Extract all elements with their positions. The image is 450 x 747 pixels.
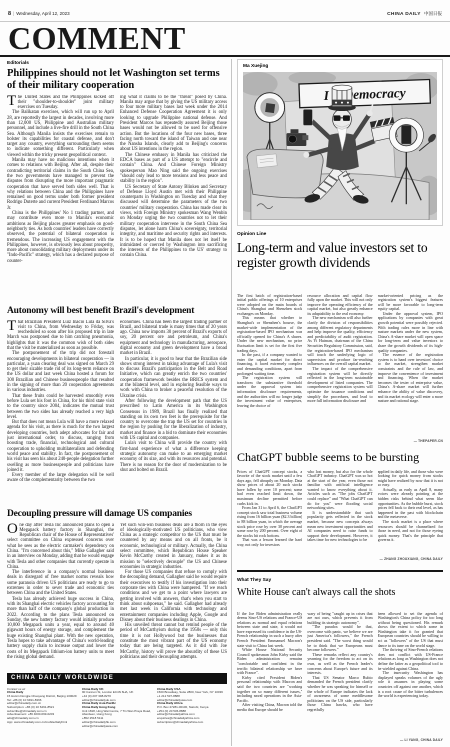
paragraph: For those US companies that refuse to co…: [120, 570, 227, 623]
paragraph: If the Joe Biden administration really d…: [237, 612, 302, 649]
paragraph: After following the development path tha…: [120, 399, 227, 441]
article-byline: — LI YANG, CHINA DAILY: [378, 737, 443, 743]
editorial-article-brazil: Autonomy will best benefit Brazil's deve…: [7, 305, 227, 502]
what-they-say-body: If the Joe Biden administration really d…: [237, 612, 443, 743]
paragraph: The new mechanism will also further clar…: [307, 316, 372, 367]
contact-column-beijing: Contact us at:China Daily15 Huixin Dongj…: [7, 688, 77, 746]
sunglasses: [343, 115, 350, 120]
body-column: Prices of ChatGPT concept stocks, a favo…: [237, 470, 302, 562]
smartphone-in-ring: [401, 125, 411, 144]
paragraph: Lula's visit to China will provide the c…: [120, 441, 227, 473]
body-column: Yet such win-win business deals are a th…: [120, 523, 227, 665]
paragraph: White House National Security Council sp…: [237, 648, 302, 676]
body-column: market-oriented pricing as the registrat…: [378, 294, 443, 444]
paragraph: been allowed to set the agenda of Washin…: [378, 612, 443, 649]
editorials-kicker: Editorials: [7, 61, 227, 66]
drop-cap: T: [7, 320, 18, 334]
column-text: been allowed to set the agenda of Washin…: [378, 612, 443, 737]
paragraph: This means that whether in Shanghai's or…: [237, 316, 302, 353]
page-info: 8|Wednesday, April 12, 2023: [8, 11, 70, 17]
column-text: wary of being "caught up in crises that …: [307, 612, 372, 743]
editorial-article-decoupling: Decoupling pressure will damage US compa…: [7, 508, 227, 665]
uncle-sam-hat: [328, 85, 356, 111]
worldwide-contact-block: CHINA DAILY WORLDWIDE Contact us at:Chin…: [7, 673, 227, 746]
paragraph: The Chinese embassy in Manila has critic…: [120, 153, 227, 185]
paragraph: Every member of the large delegation wil…: [7, 473, 114, 484]
paragraph: "The paradox would be that, overcome wit…: [307, 625, 372, 653]
column-divider: [231, 59, 232, 746]
article-body: O ne day after Tesla Inc announced plans…: [7, 523, 227, 665]
paragraph: who lost money, but also for the whole C…: [307, 470, 372, 511]
article-byline: — THEPAPER.CN: [378, 438, 443, 444]
paragraph: But that does not mean Lula will have a …: [7, 420, 114, 473]
top-bar: 8|Wednesday, April 12, 2023 CHINA DAILY …: [0, 0, 450, 19]
paragraph: The insecurity Washington has displayed …: [378, 671, 443, 699]
body-column: If the Joe Biden administration really d…: [237, 612, 302, 743]
paragraph: Tesla has already achieved huge success …: [7, 597, 114, 661]
paragraph: His unveiled threat cannot but remind pe…: [120, 623, 227, 660]
editorial-article-philippines: Philippines should not let Washington se…: [7, 68, 227, 299]
column-text: hat Brazilian President Luiz Inacio Lula…: [7, 320, 114, 484]
paragraph: That US Senator Marco Rubio demanded the…: [307, 676, 372, 713]
page-number: 8: [8, 11, 11, 17]
paragraph: wary of being "caught up in crises that …: [307, 612, 372, 626]
paragraph: editor@chinadailyasia.com: [82, 725, 152, 729]
article-headline: Philippines should not let Washington se…: [7, 68, 227, 92]
what-they-say-headline: White House can't always call the shots: [237, 587, 443, 599]
column-text: Yet such win-win business deals are a th…: [120, 523, 227, 661]
section-masthead: COMMENT: [8, 23, 450, 53]
drop-cap: T: [7, 95, 18, 109]
column-text: applied in daily life, and those who wer…: [378, 470, 443, 556]
paragraph: he United States and the Philippines kic…: [7, 95, 114, 111]
separator: |: [13, 11, 14, 16]
brand-lockup: CHINA DAILY 中国日报: [387, 11, 442, 17]
chatgpt-body: Prices of ChatGPT concept stocks, a favo…: [237, 470, 443, 562]
paragraph: China is the Philippines' No 1 trading p…: [7, 211, 114, 264]
paragraph: Under the approval system, IPO applicati…: [378, 312, 443, 353]
cartoon-illustration: I ♥ Democracy: [243, 72, 437, 220]
column-text: ne day after Tesla Inc announced plans t…: [7, 523, 114, 661]
column-text: ing what it claims to be the "threat" po…: [120, 95, 227, 259]
democracy-banner: I ♥ Democracy: [299, 79, 430, 107]
paragraph: It is understandable that such popularit…: [307, 511, 372, 543]
paragraph: These remarks reflect any country's year…: [307, 653, 372, 676]
body-column: T he United States and the Philippines k…: [7, 95, 114, 299]
chatgpt-section: ChatGPT bubble seems to be bursting Pric…: [237, 451, 443, 562]
newspaper-page: 8|Wednesday, April 12, 2023 CHINA DAILY …: [0, 0, 450, 747]
body-column: ing what it claims to be the "threat" po…: [120, 95, 227, 299]
paragraph: After visiting China, Macron told the me…: [237, 703, 302, 712]
cartoon-credit: Ma Xuejing: [243, 64, 437, 69]
drop-cap: O: [7, 523, 19, 537]
sunglasses: [334, 115, 341, 120]
paragraph: Prices of ChatGPT concept stocks, a favo…: [237, 470, 302, 507]
article-byline: — ZHANG ZHOUXIANG, CHINA DAILY: [378, 556, 443, 562]
page-content: Editorials Philippines should not let Wa…: [0, 57, 450, 746]
body-column: resource allocation and capital flow ful…: [307, 294, 372, 444]
paragraph: The impact of the comprehensive registra…: [307, 367, 372, 404]
column-text: Prices of ChatGPT concept stocks, a favo…: [237, 470, 302, 562]
column-text: If the Joe Biden administration really d…: [237, 612, 302, 743]
column-text: The first batch of registration-based in…: [237, 294, 302, 444]
paragraph: Actually, as early as April 8, many voic…: [378, 488, 443, 520]
body-column: T hat Brazilian President Luiz Inacio Lu…: [7, 320, 114, 502]
paragraph: That was a lesson learned the hard way, …: [237, 538, 302, 547]
column-text: economies. China has been the largest tr…: [120, 320, 227, 474]
opinion-line-body: The first batch of registration-based in…: [237, 294, 443, 444]
article-headline: Decoupling pressure will damage US compa…: [7, 508, 227, 520]
column-text: resource allocation and capital flow ful…: [307, 294, 372, 444]
opinion-line-section: Opinion Line Long-term and value investo…: [237, 232, 443, 444]
paragraph: In the past, if a company wanted to ente…: [237, 353, 302, 376]
body-column: economies. China has been the largest tr…: [120, 320, 227, 502]
section-rule: [237, 570, 443, 572]
paragraph: In particular, it is good to hear that t…: [120, 357, 227, 399]
hand: [303, 151, 309, 157]
paragraph: The postponement of the trip did not for…: [7, 351, 114, 393]
body-column: been allowed to set the agenda of Washin…: [378, 612, 443, 743]
paragraph: hat Brazilian President Luiz Inacio Lula…: [7, 320, 114, 352]
opinion-line-headline: Long-term and value investors set to reg…: [237, 240, 443, 271]
paragraph: The first batch of registration-based in…: [237, 294, 302, 317]
brand-name: CHINA DAILY: [387, 12, 421, 17]
body-column: wary of being "caught up in crises that …: [307, 612, 372, 743]
paragraph: Yet such win-win business deals are a th…: [120, 523, 227, 571]
column-text: who lost money, but also for the whole C…: [307, 470, 372, 562]
paragraph: Manila may have no malicious intentions …: [7, 158, 114, 211]
opinion-half: Ma Xuejing I ♥ Democrac: [237, 57, 443, 743]
column-text: market-oriented pricing as the registrat…: [378, 294, 443, 438]
paragraph: ne day after Tesla Inc announced plans t…: [7, 523, 114, 571]
script-paper: [256, 153, 277, 167]
column-text: he United States and the Philippines kic…: [7, 95, 114, 265]
paragraph: The interference in a company's normal b…: [7, 570, 114, 596]
editorials-half: Editorials Philippines should not let Wa…: [7, 57, 227, 746]
smartphone: [303, 109, 312, 125]
paragraph: US Secretary of State Antony Blinken and…: [120, 185, 227, 259]
paragraph: The essence of the registration system i…: [378, 353, 443, 404]
body-column: O ne day after Tesla Inc announced plans…: [7, 523, 114, 665]
paragraph: ing what it claims to be the "threat" po…: [120, 95, 227, 153]
paragraph: From Jan 31 to April 6, the ChatGPT conc…: [237, 506, 302, 538]
contact-column-uk-asia: China Daily UK90 Cannon St, London EC4N …: [82, 688, 152, 746]
body-column: The first batch of registration-based in…: [237, 294, 302, 444]
article-body: T he United States and the Philippines k…: [7, 95, 227, 299]
paragraph: market-oriented pricing as the registrat…: [378, 294, 443, 312]
body-column: who lost money, but also for the whole C…: [307, 470, 372, 562]
what-they-say-kicker: What They Say: [237, 578, 443, 583]
what-they-say-section: What They Say White House can't always c…: [237, 578, 443, 743]
paragraph: App: www.chinadaily.com.cn/mobile/dailyh…: [7, 721, 77, 725]
opinion-line-kicker: Opinion Line: [237, 232, 443, 237]
brand-name-chinese: 中国日报: [424, 11, 442, 16]
paragraph: The registration system will transform t…: [237, 376, 302, 408]
paragraph: Kirby cited President Biden's personal r…: [237, 676, 302, 704]
paragraph: applied in daily life, and those who wer…: [378, 470, 443, 488]
body-column: applied in daily life, and those who wer…: [378, 470, 443, 562]
paragraph: economies. China has been the largest tr…: [120, 320, 227, 357]
contact-column-usa-africa: China Daily USA1500 Broadway, Suite 2800…: [157, 688, 227, 746]
article-body: T hat Brazilian President Luiz Inacio Lu…: [7, 320, 227, 502]
paragraph: The Balikatan exercises, which will run …: [7, 110, 114, 158]
chatgpt-headline: ChatGPT bubble seems to be bursting: [237, 451, 443, 464]
paragraph: The thriving of Sino-French relations do…: [378, 648, 443, 671]
paragraph: That these fruits could be harvested smo…: [7, 394, 114, 420]
article-headline: Autonomy will best benefit Brazil's deve…: [7, 305, 227, 317]
worldwide-columns: Contact us at:China Daily15 Huixin Dongj…: [7, 688, 227, 746]
worldwide-banner: CHINA DAILY WORLDWIDE: [7, 673, 227, 684]
paragraph: The stock market is a place where resour…: [378, 520, 443, 543]
date-text: Wednesday, April 12, 2023: [16, 11, 69, 16]
editorial-cartoon: Ma Xuejing I ♥ Democrac: [237, 59, 443, 226]
paragraph: subscription@chinadailyafrica.com: [157, 721, 227, 725]
paragraph: resource allocation and capital flow ful…: [307, 294, 372, 317]
